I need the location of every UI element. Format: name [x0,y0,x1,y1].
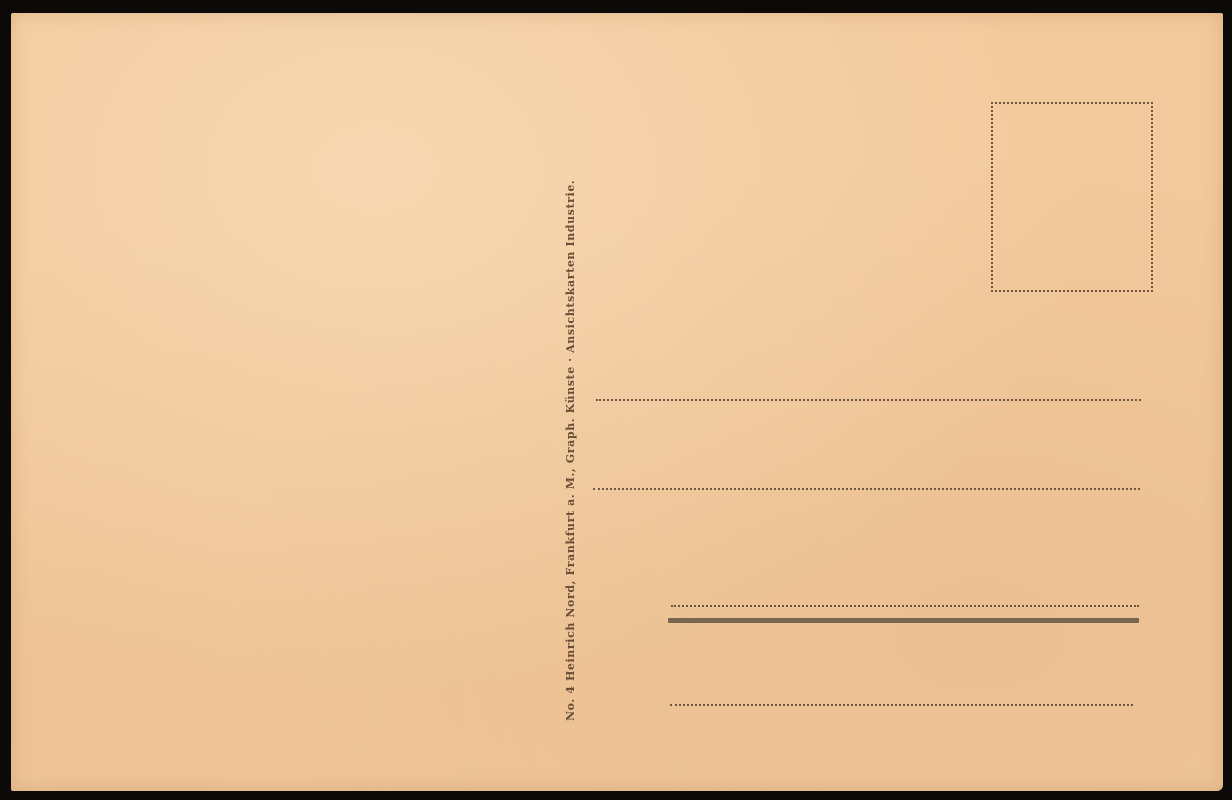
address-line-4 [670,704,1133,706]
address-line-3 [671,605,1139,607]
address-line-2 [593,488,1140,490]
address-underline-solid [668,618,1139,623]
stamp-placeholder-box [991,102,1153,292]
postcard-back: No. 4 Heinrich Nord, Frankfurt a. M., Gr… [11,13,1223,791]
address-line-1 [596,399,1141,401]
publisher-imprint: No. 4 Heinrich Nord, Frankfurt a. M., Gr… [564,76,577,721]
